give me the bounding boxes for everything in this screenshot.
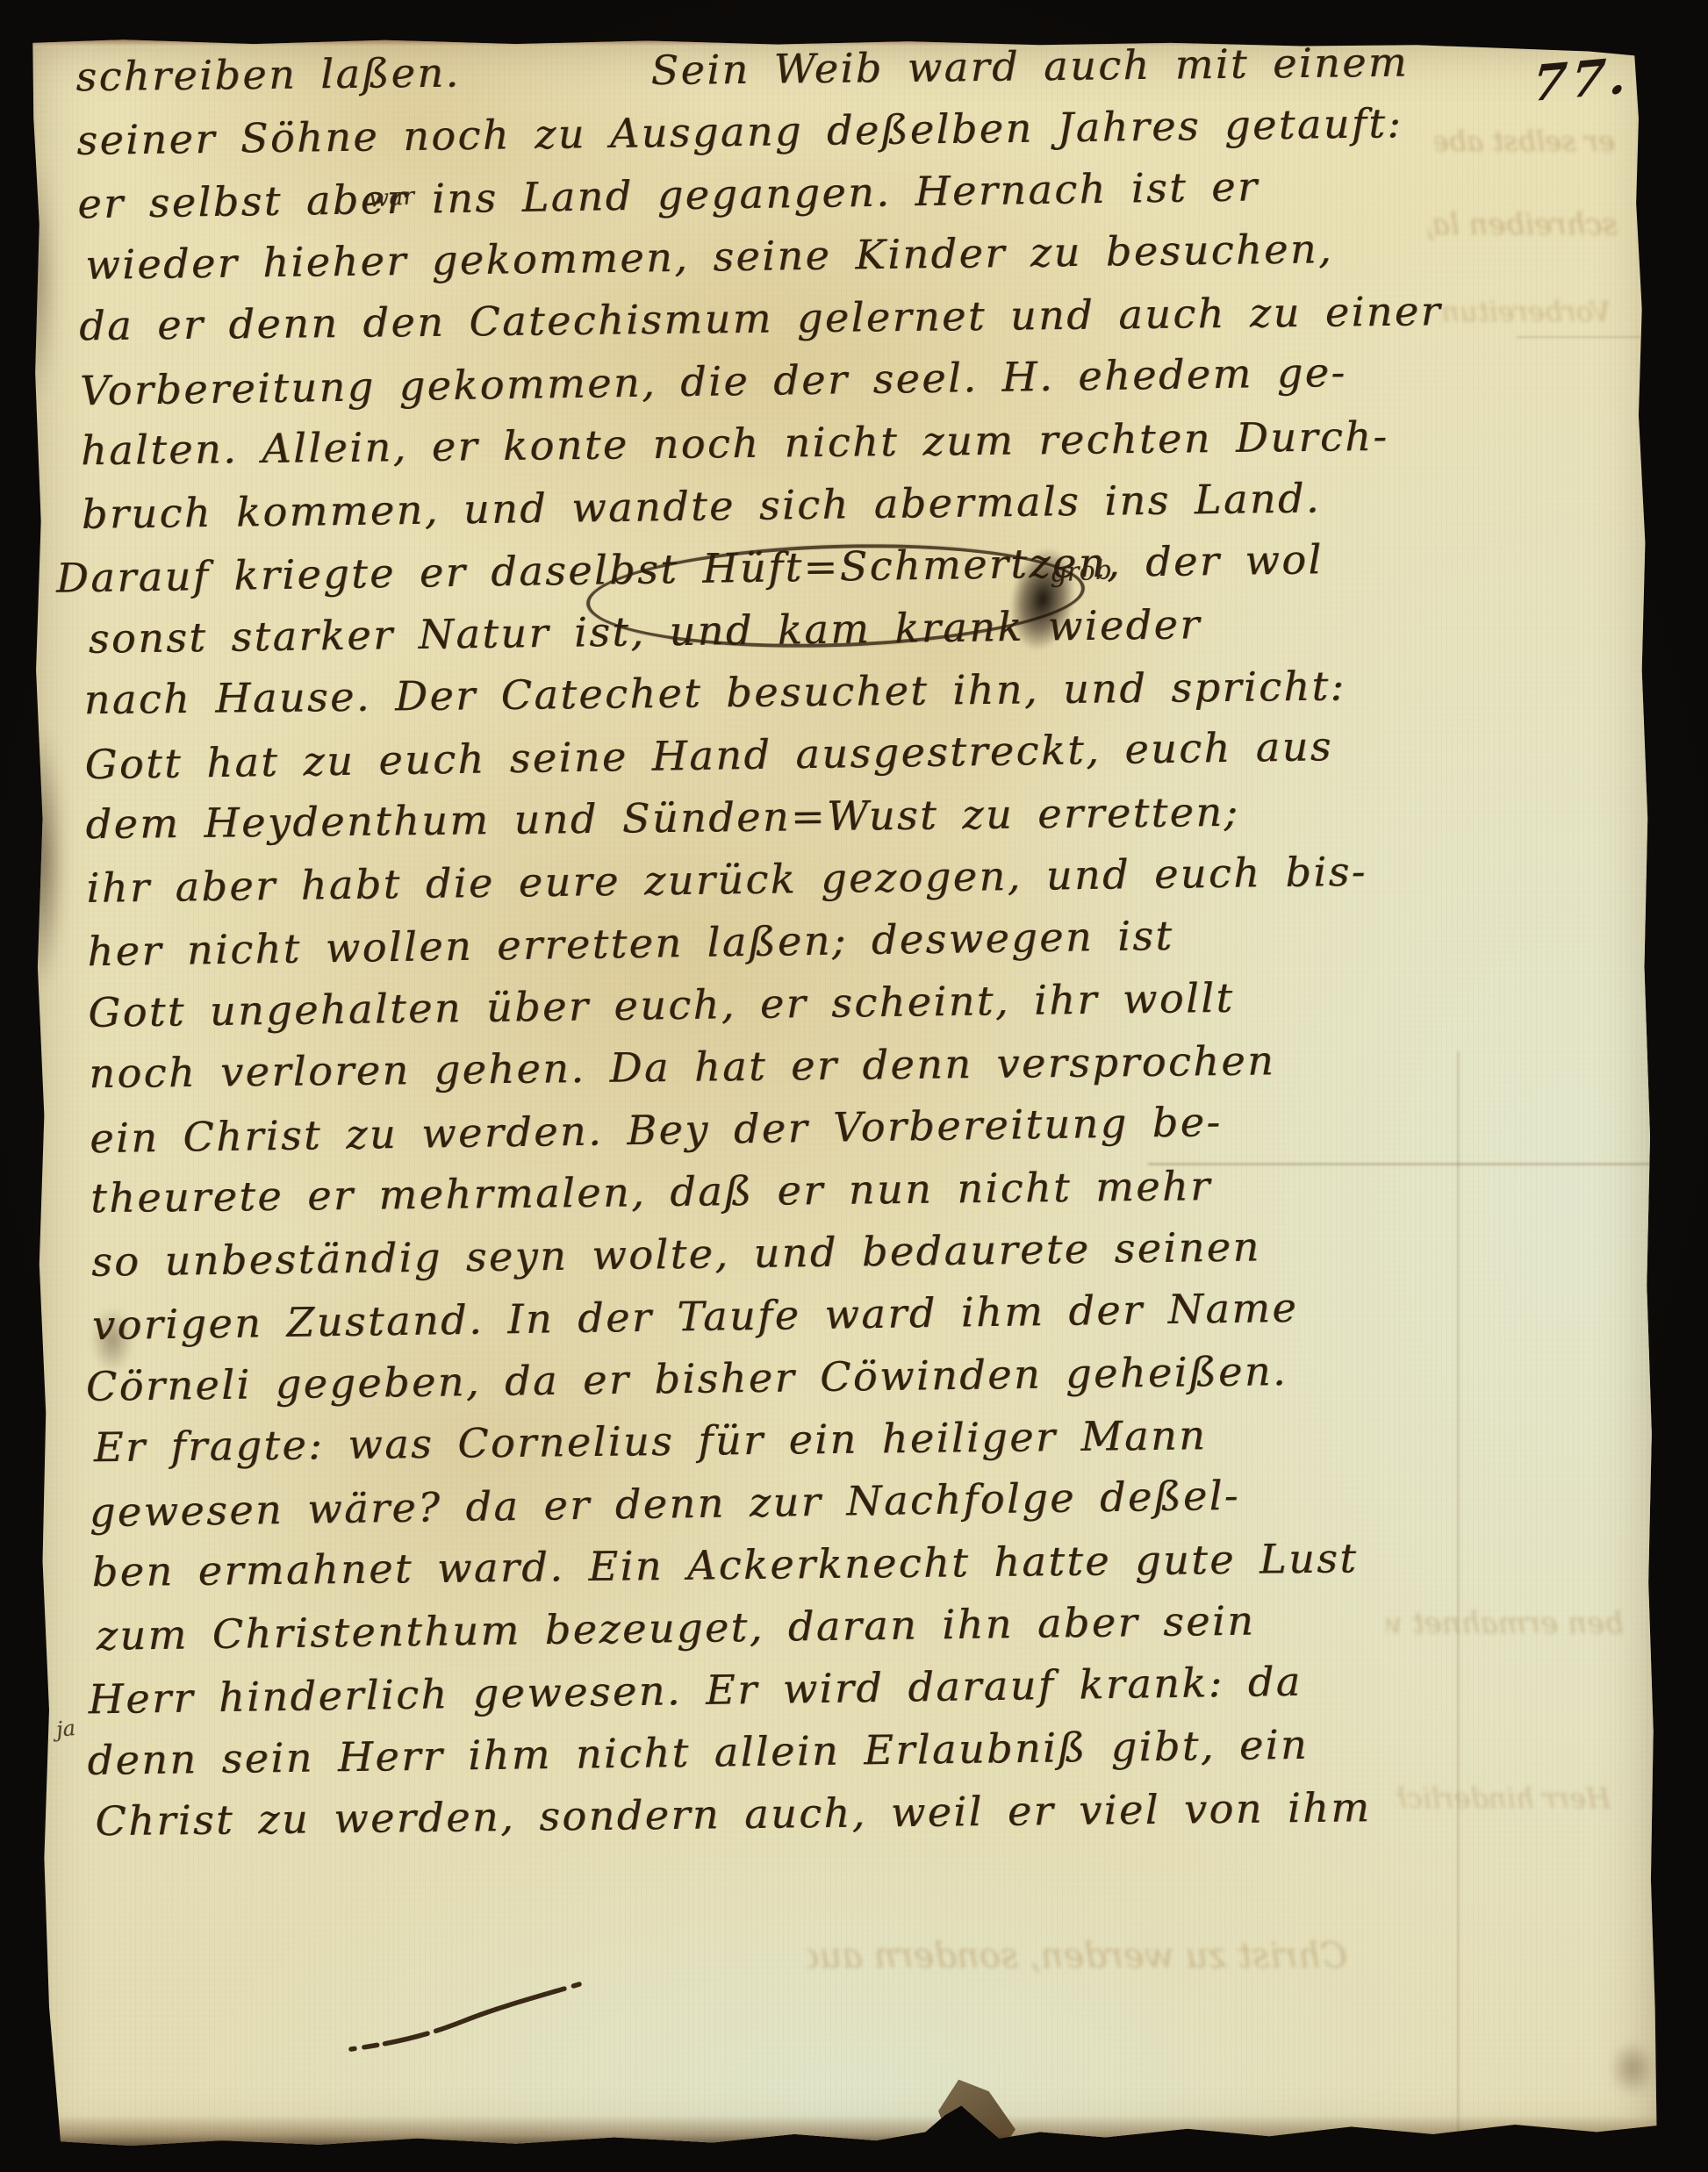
manuscript-text: schreiben laßen. Sein Weib ward auch mit… xyxy=(75,30,1462,1854)
edge-smear xyxy=(18,727,65,990)
show-through-text: schreiben laßen. Sein Weib ward auch mit… xyxy=(1429,207,1618,281)
margin-ink-hook xyxy=(15,1430,77,1511)
top-burn-edge xyxy=(1417,37,1662,44)
show-through-text: Vorbereitung gekommen, die der seel. H. … xyxy=(1439,295,1611,369)
interlinear-annotation-ja: ja xyxy=(55,1716,77,1742)
interlinear-insertion-war: war xyxy=(368,183,415,213)
show-through-text: Christ zu werden, sondern auch, weil er … xyxy=(807,1936,1347,2006)
closing-flourish-icon xyxy=(341,1960,604,2065)
left-burn-edge xyxy=(25,33,32,2155)
page-number: 77. xyxy=(1530,47,1633,114)
show-through-text: er selbst aber ins Land gegangen. Hernac… xyxy=(1435,125,1615,193)
edge-smear xyxy=(16,156,56,402)
stain-spot xyxy=(1610,2041,1655,2096)
manuscript-page: er selbst aber ins Land gegangen. Hernac… xyxy=(25,33,1662,2155)
right-burn-edge xyxy=(1654,33,1662,2155)
scan-background: er selbst aber ins Land gegangen. Hernac… xyxy=(0,0,1708,2172)
bottom-burn-edge xyxy=(25,2115,1662,2155)
top-burn-edge xyxy=(25,33,1466,46)
